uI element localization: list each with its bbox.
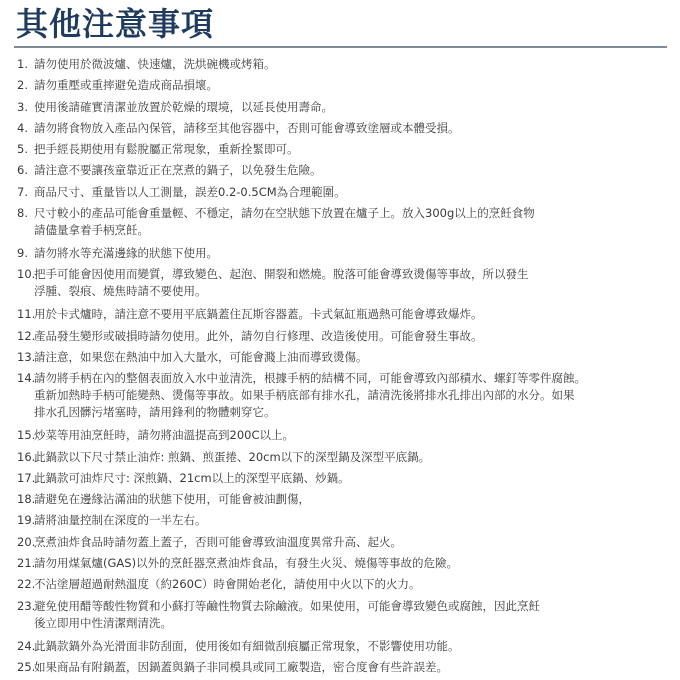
notes-list: 1.請勿使用於微波爐、快速爐，洗烘碗機或烤箱。2.請勿重壓或重摔避免造成商品損壞… (17, 56, 667, 680)
note-item: 1.請勿使用於微波爐、快速爐，洗烘碗機或烤箱。 (17, 56, 667, 73)
note-text-line: 如果商品有附鍋蓋，因鍋蓋與鍋子非同模具或同工廠製造，密合度會有些許誤差。 (34, 659, 667, 676)
note-text-line: 用於卡式爐時，請注意不要用平底鍋蓋住瓦斯容器蓋。卡式氣缸瓶過熱可能會導致爆炸。 (34, 306, 667, 323)
note-text-line: 請注意不要讓孩童靠近正在烹煮的鍋子，以免發生危險。 (34, 162, 667, 179)
note-number: 8. (17, 205, 34, 239)
note-text: 此鍋款鍋外為光滑面非防刮面，使用後如有細微刮痕屬正常現象，不影響使用功能。 (34, 638, 667, 655)
note-text: 產品發生變形或破損時請勿使用。此外，請勿自行修理、改造後使用。可能會發生事故。 (34, 328, 667, 345)
note-number: 13. (17, 349, 34, 366)
note-item: 3.使用後請確實清潔並放置於乾燥的環境，以延長使用壽命。 (17, 99, 667, 116)
note-item: 7.商品尺寸、重量皆以人工測量，誤差0.2-0.5CM為合理範圍。 (17, 184, 667, 201)
note-number: 19. (17, 512, 34, 529)
note-text: 尺寸較小的產品可能會重量輕、不穩定，請勿在空狀態下放置在爐子上。放入300g以上… (34, 205, 667, 239)
note-number: 24. (17, 638, 34, 655)
note-text-line: 請儘量拿着手柄烹飪。 (34, 222, 667, 239)
note-number: 1. (17, 56, 34, 73)
note-number: 14. (17, 370, 34, 421)
note-text: 此鍋款以下尺寸禁止油炸: 煎鍋、煎蛋捲、20cm以下的深型鍋及深型平底鍋。 (34, 449, 667, 466)
note-item: 18.請避免在邊緣沾滿油的狀態下使用，可能會被油劃傷， (17, 491, 667, 508)
note-item: 14.請勿將手柄在內的整個表面放入水中並清洗，根據手柄的結構不同，可能會導致內部… (17, 370, 667, 421)
note-text: 請勿將水等充滿邊緣的狀態下使用。 (34, 245, 667, 262)
note-number: 17. (17, 470, 34, 487)
note-number: 21. (17, 555, 34, 572)
note-text-line: 避免使用醋等酸性物質和小蘇打等鹼性物質去除鹼液。如果使用，可能會導致變色或腐蝕，… (34, 598, 667, 615)
title-divider (14, 46, 667, 48)
note-text-line: 炒菜等用油烹飪時，請勿將油溫提高到200C以上。 (34, 427, 667, 444)
note-number: 9. (17, 245, 34, 262)
note-item: 19.請將油量控制在深度的一半左右。 (17, 512, 667, 529)
note-text: 如果商品有附鍋蓋，因鍋蓋與鍋子非同模具或同工廠製造，密合度會有些許誤差。 (34, 659, 667, 676)
note-number: 11. (17, 306, 34, 323)
note-text-line: 使用後請確實清潔並放置於乾燥的環境，以延長使用壽命。 (34, 99, 667, 116)
note-text: 烹煮油炸食品時請勿蓋上蓋子，否則可能會導致油溫度異常升高、起火。 (34, 534, 667, 551)
note-number: 3. (17, 99, 34, 116)
note-item: 4.請勿將食物放入產品內保管，請移至其他容器中，否則可能會導致塗層或本體受損。 (17, 120, 667, 137)
note-text: 不沾塗層超過耐熱溫度（約260C）時會開始老化，請使用中火以下的火力。 (34, 576, 667, 593)
note-item: 10.把手可能會因使用而變質，導致變色、起泡、開裂和燃燒。脫落可能會導致燙傷等事… (17, 266, 667, 300)
note-item: 2.請勿重壓或重摔避免造成商品損壞。 (17, 77, 667, 94)
note-text-line: 此鍋款可油炸尺寸: 深煎鍋、21cm以上的深型平底鍋、炒鍋。 (34, 470, 667, 487)
note-item: 24.此鍋款鍋外為光滑面非防刮面，使用後如有細微刮痕屬正常現象，不影響使用功能。 (17, 638, 667, 655)
note-item: 25.如果商品有附鍋蓋，因鍋蓋與鍋子非同模具或同工廠製造，密合度會有些許誤差。 (17, 659, 667, 676)
note-text: 請注意，如果您在熱油中加入大量水，可能會濺上油而導致燙傷。 (34, 349, 667, 366)
note-text: 商品尺寸、重量皆以人工測量，誤差0.2-0.5CM為合理範圍。 (34, 184, 667, 201)
note-item: 8.尺寸較小的產品可能會重量輕、不穩定，請勿在空狀態下放置在爐子上。放入300g… (17, 205, 667, 239)
note-item: 21.請勿用煤氣爐(GAS)以外的烹飪器烹煮油炸食品，有發生火災、燒傷等事故的危… (17, 555, 667, 572)
note-text: 把手可能會因使用而變質，導致變色、起泡、開裂和燃燒。脫落可能會導致燙傷等事故，所… (34, 266, 667, 300)
note-text-line: 此鍋款鍋外為光滑面非防刮面，使用後如有細微刮痕屬正常現象，不影響使用功能。 (34, 638, 667, 655)
note-text-line: 產品發生變形或破損時請勿使用。此外，請勿自行修理、改造後使用。可能會發生事故。 (34, 328, 667, 345)
note-text-line: 不沾塗層超過耐熱溫度（約260C）時會開始老化，請使用中火以下的火力。 (34, 576, 667, 593)
note-text: 把手經長期使用有鬆脫屬正常現象，重新拴緊即可。 (34, 141, 667, 158)
note-number: 15. (17, 427, 34, 444)
note-text: 請勿使用於微波爐、快速爐，洗烘碗機或烤箱。 (34, 56, 667, 73)
note-item: 13.請注意，如果您在熱油中加入大量水，可能會濺上油而導致燙傷。 (17, 349, 667, 366)
note-item: 11.用於卡式爐時，請注意不要用平底鍋蓋住瓦斯容器蓋。卡式氣缸瓶過熱可能會導致爆… (17, 306, 667, 323)
note-text: 避免使用醋等酸性物質和小蘇打等鹼性物質去除鹼液。如果使用，可能會導致變色或腐蝕，… (34, 598, 667, 632)
note-text: 用於卡式爐時，請注意不要用平底鍋蓋住瓦斯容器蓋。卡式氣缸瓶過熱可能會導致爆炸。 (34, 306, 667, 323)
note-item: 20.烹煮油炸食品時請勿蓋上蓋子，否則可能會導致油溫度異常升高、起火。 (17, 534, 667, 551)
note-item: 16.此鍋款以下尺寸禁止油炸: 煎鍋、煎蛋捲、20cm以下的深型鍋及深型平底鍋。 (17, 449, 667, 466)
page-title: 其他注意事項 (16, 4, 214, 44)
note-number: 2. (17, 77, 34, 94)
note-item: 22.不沾塗層超過耐熱溫度（約260C）時會開始老化，請使用中火以下的火力。 (17, 576, 667, 593)
note-text-line: 此鍋款以下尺寸禁止油炸: 煎鍋、煎蛋捲、20cm以下的深型鍋及深型平底鍋。 (34, 449, 667, 466)
note-text-line: 請勿將食物放入產品內保管，請移至其他容器中，否則可能會導致塗層或本體受損。 (34, 120, 667, 137)
note-text: 請將油量控制在深度的一半左右。 (34, 512, 667, 529)
note-text: 請勿重壓或重摔避免造成商品損壞。 (34, 77, 667, 94)
note-text: 請勿用煤氣爐(GAS)以外的烹飪器烹煮油炸食品，有發生火災、燒傷等事故的危險。 (34, 555, 667, 572)
note-item: 12.產品發生變形或破損時請勿使用。此外，請勿自行修理、改造後使用。可能會發生事… (17, 328, 667, 345)
note-text-line: 請勿重壓或重摔避免造成商品損壞。 (34, 77, 667, 94)
note-text-line: 烹煮油炸食品時請勿蓋上蓋子，否則可能會導致油溫度異常升高、起火。 (34, 534, 667, 551)
note-text: 請注意不要讓孩童靠近正在烹煮的鍋子，以免發生危險。 (34, 162, 667, 179)
note-number: 4. (17, 120, 34, 137)
note-item: 17.此鍋款可油炸尺寸: 深煎鍋、21cm以上的深型平底鍋、炒鍋。 (17, 470, 667, 487)
note-number: 7. (17, 184, 34, 201)
note-text-line: 請將油量控制在深度的一半左右。 (34, 512, 667, 529)
note-text-line: 請注意，如果您在熱油中加入大量水，可能會濺上油而導致燙傷。 (34, 349, 667, 366)
note-number: 25. (17, 659, 34, 676)
note-text: 使用後請確實清潔並放置於乾燥的環境，以延長使用壽命。 (34, 99, 667, 116)
note-text-line: 浮腫、裂痕、燒焦時請不要使用。 (34, 283, 667, 300)
note-number: 6. (17, 162, 34, 179)
note-text-line: 請勿使用於微波爐、快速爐，洗烘碗機或烤箱。 (34, 56, 667, 73)
note-text-line: 請避免在邊緣沾滿油的狀態下使用，可能會被油劃傷， (34, 491, 667, 508)
note-text: 請避免在邊緣沾滿油的狀態下使用，可能會被油劃傷， (34, 491, 667, 508)
note-text-line: 尺寸較小的產品可能會重量輕、不穩定，請勿在空狀態下放置在爐子上。放入300g以上… (34, 205, 667, 222)
note-text: 炒菜等用油烹飪時，請勿將油溫提高到200C以上。 (34, 427, 667, 444)
note-number: 16. (17, 449, 34, 466)
note-number: 18. (17, 491, 34, 508)
note-text-line: 把手可能會因使用而變質，導致變色、起泡、開裂和燃燒。脫落可能會導致燙傷等事故，所… (34, 266, 667, 283)
note-item: 9.請勿將水等充滿邊緣的狀態下使用。 (17, 245, 667, 262)
note-item: 23.避免使用醋等酸性物質和小蘇打等鹼性物質去除鹼液。如果使用，可能會導致變色或… (17, 598, 667, 632)
note-item: 6.請注意不要讓孩童靠近正在烹煮的鍋子，以免發生危險。 (17, 162, 667, 179)
note-text-line: 重新加熱時手柄可能變熱、燙傷等事故。如果手柄底部有排水孔，請清洗後將排水孔排出內… (34, 387, 667, 404)
note-text-line: 排水孔因髒污堵塞時，請用鋒利的物體刺穿它。 (34, 404, 667, 421)
note-number: 22. (17, 576, 34, 593)
note-item: 5.把手經長期使用有鬆脫屬正常現象，重新拴緊即可。 (17, 141, 667, 158)
note-number: 20. (17, 534, 34, 551)
note-text-line: 請勿將水等充滿邊緣的狀態下使用。 (34, 245, 667, 262)
note-text: 此鍋款可油炸尺寸: 深煎鍋、21cm以上的深型平底鍋、炒鍋。 (34, 470, 667, 487)
note-text-line: 把手經長期使用有鬆脫屬正常現象，重新拴緊即可。 (34, 141, 667, 158)
note-text: 請勿將食物放入產品內保管，請移至其他容器中，否則可能會導致塗層或本體受損。 (34, 120, 667, 137)
note-item: 15.炒菜等用油烹飪時，請勿將油溫提高到200C以上。 (17, 427, 667, 444)
note-text-line: 請勿用煤氣爐(GAS)以外的烹飪器烹煮油炸食品，有發生火災、燒傷等事故的危險。 (34, 555, 667, 572)
note-text-line: 請勿將手柄在內的整個表面放入水中並清洗，根據手柄的結構不同，可能會導致內部積水、… (34, 370, 667, 387)
note-number: 5. (17, 141, 34, 158)
note-number: 23. (17, 598, 34, 632)
note-text: 請勿將手柄在內的整個表面放入水中並清洗，根據手柄的結構不同，可能會導致內部積水、… (34, 370, 667, 421)
note-text-line: 商品尺寸、重量皆以人工測量，誤差0.2-0.5CM為合理範圍。 (34, 184, 667, 201)
note-number: 10. (17, 266, 34, 300)
note-text-line: 後立即用中性清潔劑清洗。 (34, 615, 667, 632)
note-number: 12. (17, 328, 34, 345)
